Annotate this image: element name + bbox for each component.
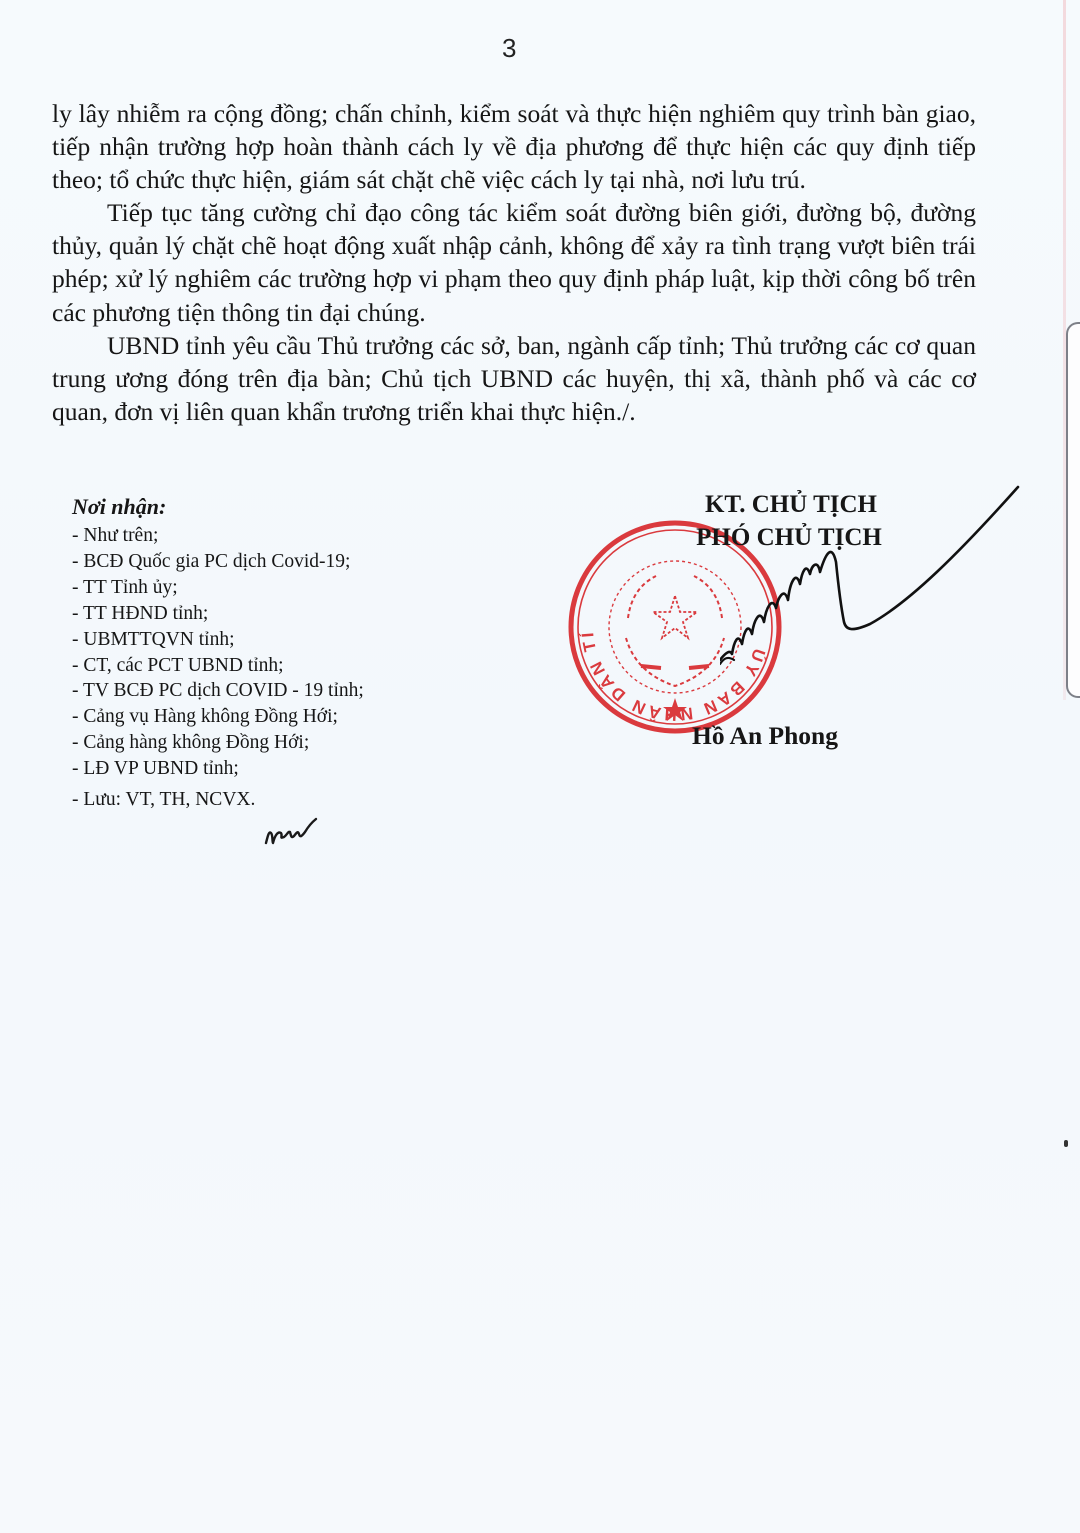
recipients-list: - Như trên; - BCĐ Quốc gia PC dịch Covid… <box>72 523 492 813</box>
recipient-item: - Cảng hàng không Đồng Hới; <box>72 730 492 756</box>
recipients-block: Nơi nhận: - Như trên; - BCĐ Quốc gia PC … <box>72 493 492 813</box>
paragraph-2: Tiếp tục tăng cường chỉ đạo công tác kiể… <box>52 196 976 328</box>
handwritten-initials-icon <box>262 805 322 851</box>
recipient-item: - Như trên; <box>72 523 492 549</box>
recipient-item: - LĐ VP UBND tỉnh; <box>72 756 492 782</box>
overlapping-page-edge <box>1066 322 1080 698</box>
paragraph-1: ly lây nhiễm ra cộng đồng; chấn chỉnh, k… <box>52 97 976 196</box>
recipient-item: - BCĐ Quốc gia PC dịch Covid-19; <box>72 549 492 575</box>
page-number: 3 <box>502 33 516 64</box>
recipient-item: - TT Tỉnh ủy; <box>72 575 492 601</box>
handwritten-signature-icon <box>720 482 1020 682</box>
recipient-item: - Cảng vụ Hàng không Đồng Hới; <box>72 704 492 730</box>
recipient-item: - TT HĐND tỉnh; <box>72 601 492 627</box>
recipient-item: - TV BCĐ PC dịch COVID - 19 tỉnh; <box>72 678 492 704</box>
scan-speck <box>1064 1140 1068 1147</box>
recipient-item: - CT, các PCT UBND tỉnh; <box>72 653 492 679</box>
document-body: ly lây nhiễm ra cộng đồng; chấn chỉnh, k… <box>52 97 976 428</box>
recipient-item: - UBMTTQVN tỉnh; <box>72 627 492 653</box>
recipients-title: Nơi nhận: <box>72 493 492 521</box>
paragraph-3: UBND tỉnh yêu cầu Thủ trưởng các sở, ban… <box>52 329 976 428</box>
signer-name: Hồ An Phong <box>692 721 838 751</box>
